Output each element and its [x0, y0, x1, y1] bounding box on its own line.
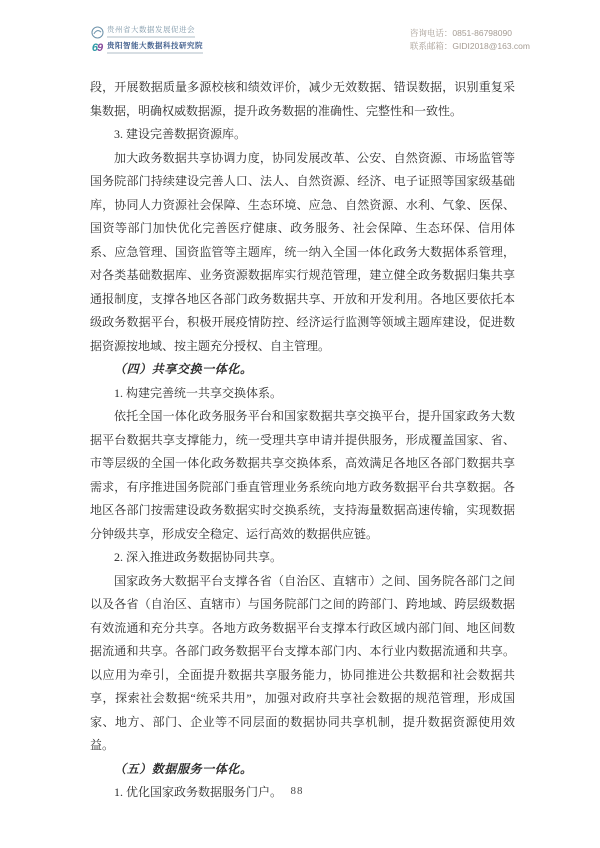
- email-row: 联系邮箱：GIDI2018@163.com: [410, 40, 530, 53]
- document-body: 段，开展数据质量多源校核和绩效评价，减少无效数据、错误数据，识别重复采集数据，明…: [90, 76, 515, 805]
- paragraph: 段，开展数据质量多源校核和绩效评价，减少无效数据、错误数据，识别重复采集数据，明…: [90, 76, 515, 123]
- monogram-69-icon: 69: [90, 42, 104, 55]
- page-footer: 88: [0, 781, 594, 799]
- phone-label: 咨询电话：: [410, 28, 453, 38]
- contact-info: 咨询电话：0851-86798090 联系邮箱：GIDI2018@163.com: [410, 27, 530, 53]
- phone-row: 咨询电话：0851-86798090: [410, 27, 530, 40]
- institute-name: 贵阳智能大数据科技研究院: [107, 42, 203, 50]
- association-name: 贵州省大数据发展促进会: [107, 26, 195, 34]
- logo-block: 贵州省大数据发展促进会 69 贵阳智能大数据科技研究院: [90, 26, 203, 58]
- institute-subtitle-line: [107, 52, 203, 54]
- association-logo: 贵州省大数据发展促进会: [90, 26, 203, 39]
- association-subtitle-line: [107, 36, 195, 38]
- paragraph: 1. 构建完善统一共享交换体系。: [90, 382, 515, 406]
- swirl-circle-icon: [90, 26, 104, 39]
- paragraph: 3. 建设完善数据资源库。: [90, 123, 515, 147]
- paragraph: 加大政务数据共享协调力度，协同发展改革、公安、自然资源、市场监管等国务院部门持续…: [90, 147, 515, 359]
- paragraph: 国家政务大数据平台支撑各省（自治区、直辖市）之间、国务院各部门之间以及各省（自治…: [90, 570, 515, 758]
- page-number: 88: [291, 785, 304, 797]
- institute-logo: 69 贵阳智能大数据科技研究院: [90, 42, 203, 55]
- section-heading: （五）数据服务一体化。: [90, 758, 515, 782]
- paragraph: 依托全国一体化政务服务平台和国家数据共享交换平台，提升国家政务大数据平台数据共享…: [90, 405, 515, 546]
- document-page: 贵州省大数据发展促进会 69 贵阳智能大数据科技研究院 咨询电话：0851-86…: [0, 0, 600, 848]
- page-header: 贵州省大数据发展促进会 69 贵阳智能大数据科技研究院 咨询电话：0851-86…: [90, 26, 530, 66]
- email-label: 联系邮箱：: [410, 41, 453, 51]
- section-heading: （四）共享交换一体化。: [90, 358, 515, 382]
- email-address: GIDI2018@163.com: [452, 41, 530, 51]
- paragraph: 2. 深入推进政务数据协同共享。: [90, 546, 515, 570]
- phone-number: 0851-86798090: [452, 28, 512, 38]
